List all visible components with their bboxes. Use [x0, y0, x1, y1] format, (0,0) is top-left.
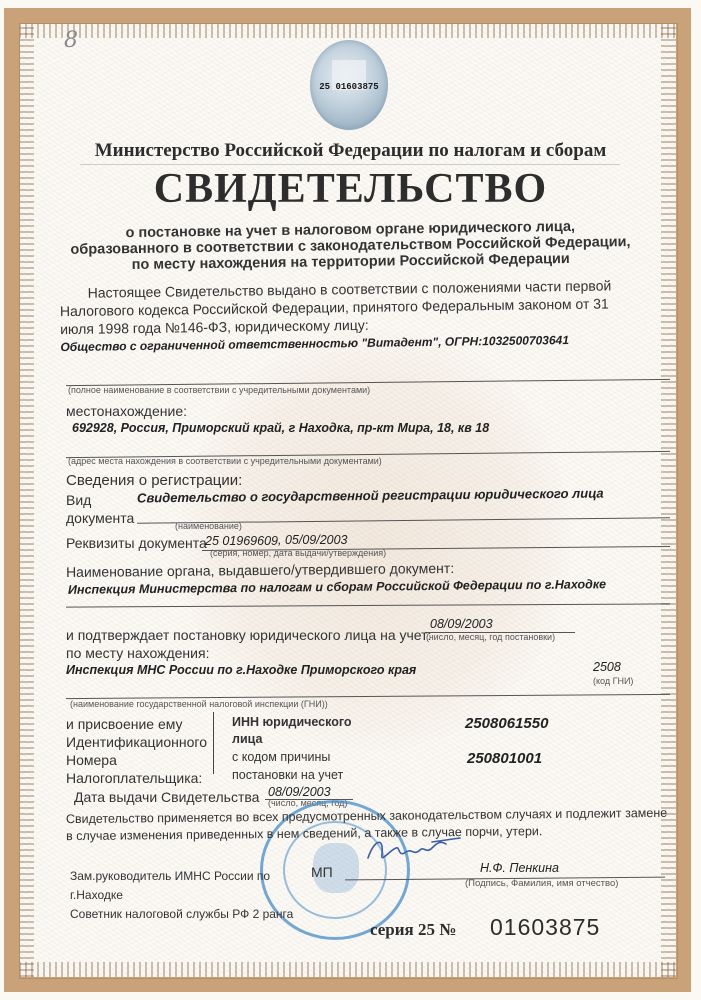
- requisites-date: , 05/09/2003: [278, 533, 348, 547]
- signature-caption: (Подпись, Фамилия, имя отчество): [465, 878, 618, 889]
- signatory-position: Зам.руководитель ИМНС России по г.Находк…: [70, 867, 293, 924]
- registration-heading: Сведения о регистрации:: [66, 472, 242, 489]
- inn-label-line: и присвоение ему: [66, 715, 207, 733]
- location-caption: (адрес места нахождения в соответствии с…: [68, 456, 382, 466]
- intro-paragraph: Настоящее Свидетельство выдано в соответ…: [60, 276, 651, 356]
- doc-type-caption: (наименование): [175, 521, 242, 531]
- location-value: 692928, Россия, Приморский край, г Наход…: [72, 421, 489, 435]
- pencil-mark: 8: [64, 28, 78, 53]
- signatory-name: Н.Ф. Пенкина: [480, 861, 559, 875]
- kpp-label: постановки на учет: [232, 766, 343, 784]
- inn-label: ИНН юридического: [232, 714, 352, 731]
- inn-label: лица: [232, 731, 352, 748]
- issue-date: 08/09/2003: [268, 785, 331, 799]
- inspection-code: 2508: [593, 660, 621, 674]
- location-registration-label: по месту нахождения:: [66, 645, 209, 661]
- registration-date: 08/09/2003: [430, 617, 493, 631]
- inn-block-divider: [213, 712, 214, 774]
- ministry-name: Министерство Российской Федерации по нал…: [0, 140, 701, 162]
- doc-type-label: Вид: [66, 492, 91, 508]
- series-label: серия 25 №: [370, 920, 456, 940]
- signature-icon: [360, 830, 470, 870]
- requisites-caption: (серия, номер, дата выдачи/утверждения): [210, 548, 386, 558]
- signatory-position-line: Зам.руководитель ИМНС России по: [70, 867, 293, 886]
- kpp-value: 250801001: [467, 750, 542, 767]
- series-number: 01603875: [490, 914, 600, 941]
- hologram-seal: 25 01603875: [310, 40, 388, 130]
- issue-date-label: Дата выдачи Свидетельства: [74, 789, 259, 805]
- requisites-label: Реквизиты документа: [66, 535, 207, 551]
- requisites-number: 25 01969609: [205, 534, 278, 548]
- location-label: местонахождение:: [66, 403, 187, 419]
- document-subtitle: о постановке на учет в налоговом органе …: [0, 217, 701, 275]
- doc-type-label: документа: [66, 510, 134, 526]
- seal-label: МП: [311, 864, 333, 880]
- signatory-position-line: Советник налоговой службы РФ 2 ранга: [70, 905, 293, 924]
- registration-date-caption: (число, месяц, год постановки): [426, 632, 555, 642]
- inn-label-line: Номера: [66, 751, 207, 769]
- document-title: СВИДЕТЕЛЬСТВО: [0, 165, 701, 213]
- certificate-page: 8 25 01603875 Министерство Российской Фе…: [0, 0, 701, 1000]
- signatory-position-line: г.Находке: [70, 886, 293, 905]
- inn-label-line: Идентификационного: [66, 733, 207, 751]
- kpp-label: с кодом причины: [232, 748, 343, 766]
- inn-type-label: ИНН юридического лица: [232, 714, 352, 748]
- inn-value: 2508061550: [465, 715, 548, 732]
- hologram-number: 25 01603875: [310, 82, 388, 92]
- kpp-type-label: с кодом причины постановки на учет: [232, 748, 343, 784]
- inn-block-label: и присвоение ему Идентификационного Номе…: [66, 715, 207, 787]
- confirmation-label: и подтверждает постановку юридического л…: [66, 627, 431, 643]
- full-name-caption: (полное наименование в соответствии с уч…: [68, 385, 370, 395]
- inn-label-line: Налогоплательщика:: [66, 769, 207, 787]
- inspection-code-caption: (код ГНИ): [593, 676, 633, 686]
- inspection-caption: (наименование государственной налоговой …: [70, 699, 328, 709]
- inspection-name: Инспекция МНС России по г.Находке Примор…: [66, 663, 416, 677]
